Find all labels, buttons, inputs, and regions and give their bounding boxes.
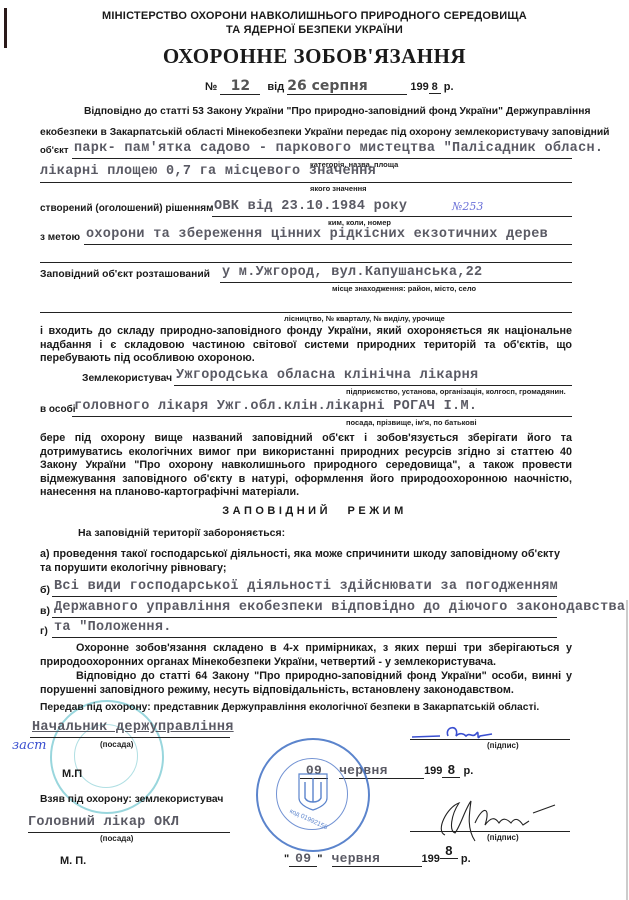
location-caption: місце знаходження: район, місто, село — [332, 284, 476, 293]
acceptance-year-prefix: 199 — [422, 853, 440, 865]
acceptance-month: червня — [332, 851, 422, 867]
location-underline — [220, 282, 572, 283]
regime-item-a: а) проведення такої господарської діяльн… — [40, 548, 560, 575]
object-value-line-1: парк- пам'ятка садово - паркового мистец… — [74, 141, 603, 156]
acceptance-seal-label: М. П. — [60, 855, 86, 867]
handover-label: Передав під охорону: представник Держупр… — [40, 701, 539, 715]
acceptance-signature-caption: (підпис) — [487, 833, 519, 842]
forestry-caption: лісництво, № кварталу, № виділу, урочище — [284, 314, 445, 323]
acceptance-label: Взяв під охорону: землекористувач — [40, 793, 223, 807]
regime-item-c-marker: в) — [40, 605, 50, 617]
handover-year-digit: 8 — [442, 762, 460, 778]
location-value: у м.Ужгород, вул.Капушанська,22 — [222, 265, 482, 280]
handover-position-value: Начальник держуправління — [32, 720, 234, 735]
document-number: 12 — [220, 78, 260, 95]
created-caption: ким, коли, номер — [328, 218, 391, 227]
date-label: від — [267, 81, 284, 93]
created-label: створений (оголошений) рішенням — [40, 203, 213, 214]
created-handwritten-number: №253 — [452, 200, 483, 213]
document-title: ОХОРОННЕ ЗОБОВ'ЯЗАННЯ — [0, 44, 629, 69]
regime-heading: ЗАПОВІДНИЙ РЕЖИМ — [0, 505, 629, 517]
regime-item-a-marker: а) — [40, 548, 50, 560]
forestry-underline — [40, 312, 572, 313]
acceptance-position-underline — [28, 832, 230, 833]
object-label: об'єкт — [40, 145, 69, 156]
year-digit: 8 — [429, 81, 441, 94]
ministry-line-1: МІНІСТЕРСТВО ОХОРОНИ НАВКОЛИШНЬОГО ПРИРО… — [0, 10, 629, 22]
object-underline-1 — [72, 158, 572, 159]
land-user-value: Ужгородська обласна клінічна лікарня — [176, 368, 478, 383]
significance-caption: якого значення — [310, 184, 367, 193]
purpose-underline-2 — [40, 262, 572, 263]
acceptance-date-row: "09" червня1998 р. — [284, 850, 471, 867]
acceptance-year-suffix: р. — [461, 853, 471, 865]
trident-emblem-icon — [296, 772, 330, 812]
regime-item-d-text: та "Положення. — [54, 620, 172, 635]
regime-item-c-underline — [52, 617, 557, 618]
purpose-underline-1 — [84, 244, 572, 245]
person-underline — [72, 416, 572, 417]
year-prefix: 199 — [410, 81, 428, 93]
regime-item-a-text: проведення такої господарської діяльност… — [40, 548, 560, 574]
acceptance-day: 09 — [289, 851, 317, 867]
hospital-stamp: код 01992156 — [256, 738, 370, 852]
person-caption: посада, прізвище, ім'я, по батькові — [346, 418, 477, 427]
scan-right-edge — [626, 600, 628, 900]
regime-item-b-underline — [52, 596, 557, 597]
regime-item-b-text: Всі види господарської діяльності здійсн… — [54, 579, 558, 594]
liability-paragraph: Відповідно до статті 64 Закону "Про прир… — [40, 670, 572, 697]
acceptance-year-digit: 8 — [440, 843, 458, 859]
handover-position-underline — [30, 737, 230, 738]
year-suffix: р. — [444, 81, 454, 93]
acceptance-position-value: Головний лікар ОКЛ — [28, 815, 179, 830]
handover-year-suffix: р. — [463, 765, 473, 777]
fund-paragraph: і входить до складу природно-заповідного… — [40, 325, 572, 366]
prohibited-label: На заповідній території забороняється: — [78, 527, 285, 539]
document-date: 26 серпня — [287, 78, 407, 95]
person-label: в особі — [40, 404, 76, 415]
handover-position-caption: (посада) — [100, 740, 133, 749]
purpose-value: охорони та збереження цінних рідкісних е… — [86, 227, 548, 242]
obligation-paragraph: бере під охорону вище названий заповідни… — [40, 432, 572, 500]
copies-paragraph: Охоронне зобов'язання складено в 4-х при… — [40, 642, 572, 669]
regime-item-b-marker: б) — [40, 584, 50, 596]
object-underline-2 — [40, 182, 572, 183]
person-value: головного лікаря Ужг.обл.клін.лікарні РО… — [74, 399, 477, 414]
regime-item-d-underline — [52, 637, 557, 638]
purpose-label: з метою — [40, 232, 80, 243]
handover-year-prefix: 199 — [424, 765, 442, 777]
regime-item-c-text: Державного управління екобезпеки відпові… — [54, 600, 625, 615]
object-value-line-2: лікарні площею 0,7 га місцевого значення — [40, 164, 376, 179]
intro-line-2: екобезпеки в Закарпатській області Мінек… — [40, 126, 610, 140]
created-value: ОВК від 23.10.1984 року — [214, 199, 407, 214]
intro-line-1: Відповідно до статті 53 Закону України "… — [84, 105, 591, 119]
handover-seal-label: М.П — [62, 768, 82, 780]
land-user-label: Землекористувач — [82, 373, 172, 384]
created-underline — [212, 216, 572, 217]
handover-handwritten-note: заст — [12, 738, 46, 753]
location-label: Заповідний об'єкт розташований — [40, 269, 210, 280]
number-label: № — [205, 81, 217, 93]
regime-item-d-marker: г) — [40, 625, 48, 637]
handover-signature-caption: (підпис) — [487, 741, 519, 750]
land-user-caption: підприємство, установа, організація, кол… — [346, 387, 566, 396]
ministry-line-2: ТА ЯДЕРНОЇ БЕЗПЕКИ УКРАЇНИ — [0, 24, 629, 36]
document-number-row: № 12 від 26 серпня 1998 р. — [205, 78, 454, 95]
land-user-underline — [174, 385, 572, 386]
acceptance-position-caption: (посада) — [100, 834, 133, 843]
